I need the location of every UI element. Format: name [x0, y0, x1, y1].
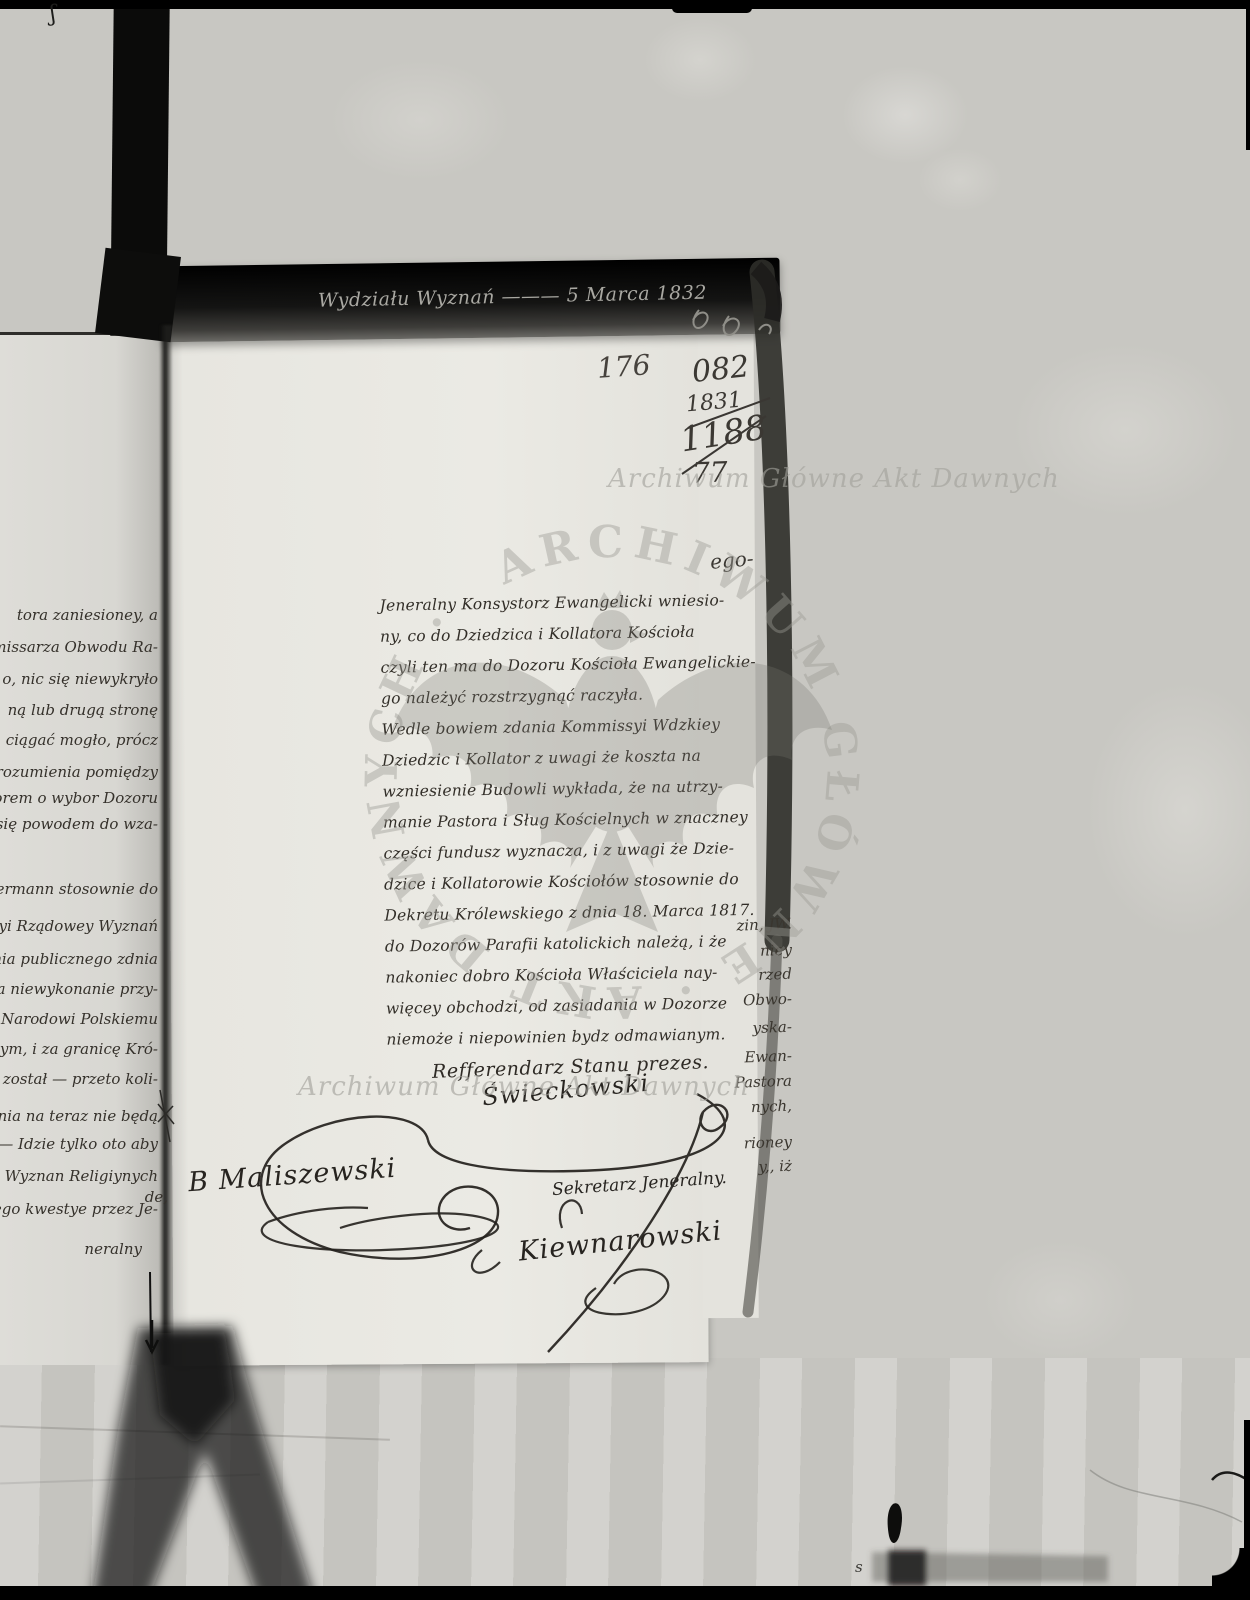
film-frame-rounded-corner: [1212, 1548, 1250, 1588]
film-frame-top: [0, 0, 1250, 9]
agad-seal-watermark: ARCHIWUM GŁÓWNE · AKT DAWNYCH ·: [0, 0, 1250, 1600]
seal-eagle: [392, 590, 832, 932]
film-frame-nick: [672, 0, 752, 13]
film-frame-bottom: [0, 1586, 1250, 1600]
film-frame-right-top: [1246, 0, 1250, 150]
corner-mark: s: [855, 1558, 863, 1576]
corner-mark: ʃ: [50, 2, 56, 27]
archival-scan: { "palette": { "backing": "#c8c7c2", "pa…: [0, 0, 1250, 1600]
